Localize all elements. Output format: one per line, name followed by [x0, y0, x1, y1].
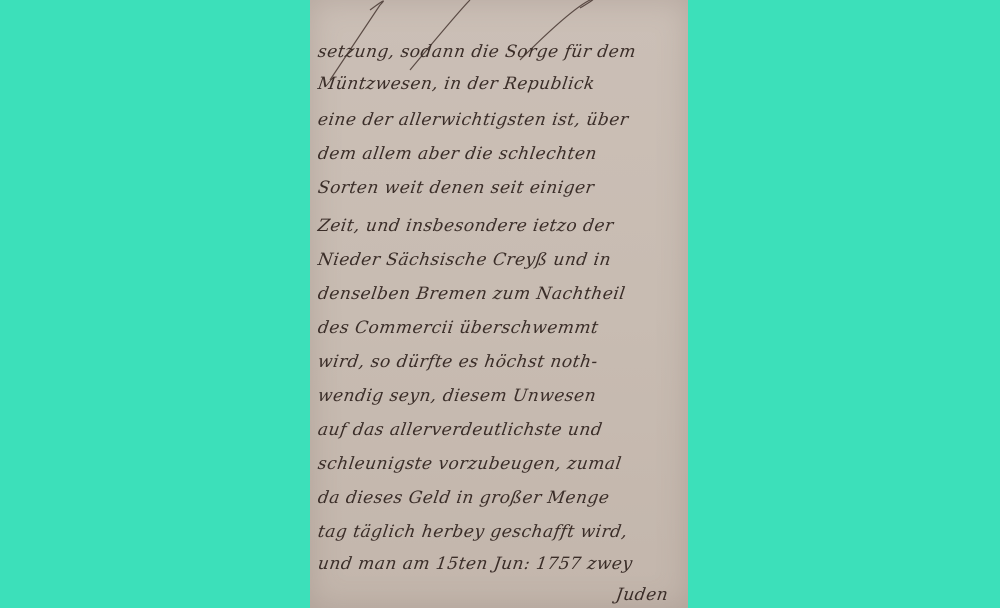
manuscript-line-9: des Commercii überschwemmt [310, 318, 688, 338]
catchword: Juden [614, 585, 669, 605]
manuscript-line-10: wird, so dürfte es höchst noth- [310, 352, 688, 372]
manuscript-line-2: Müntzwesen, in der Republick [310, 74, 688, 94]
manuscript-line-12: auf das allerverdeutlichste und [310, 420, 688, 440]
manuscript-line-8: denselben Bremen zum Nachtheil [310, 284, 688, 304]
manuscript-line-15: tag täglich herbey geschafft wird, [310, 522, 688, 542]
manuscript-line-6: Zeit, und insbesondere ietzo der [310, 216, 688, 236]
manuscript-line-4: dem allem aber die schlechten [310, 144, 688, 164]
manuscript-line-5: Sorten weit denen seit einiger [310, 178, 688, 198]
manuscript-line-7: Nieder Sächsische Creyß und in [310, 250, 688, 270]
manuscript-line-16: und man am 15ten Jun: 1757 zwey [310, 554, 688, 574]
manuscript-line-13: schleunigste vorzubeugen, zumal [310, 454, 688, 474]
manuscript-line-3: eine der allerwichtigsten ist, über [310, 110, 688, 130]
manuscript-line-11: wendig seyn, diesem Unwesen [310, 386, 688, 406]
line-text: Müntzwesen, in der Republick [317, 74, 597, 94]
manuscript-page: setzung, sodann die Sorge für dem Müntzw… [310, 0, 688, 608]
manuscript-line-1: setzung, sodann die Sorge für dem [310, 42, 688, 62]
manuscript-line-14: da dieses Geld in großer Menge [310, 488, 688, 508]
flourish-strokes [310, 0, 688, 80]
